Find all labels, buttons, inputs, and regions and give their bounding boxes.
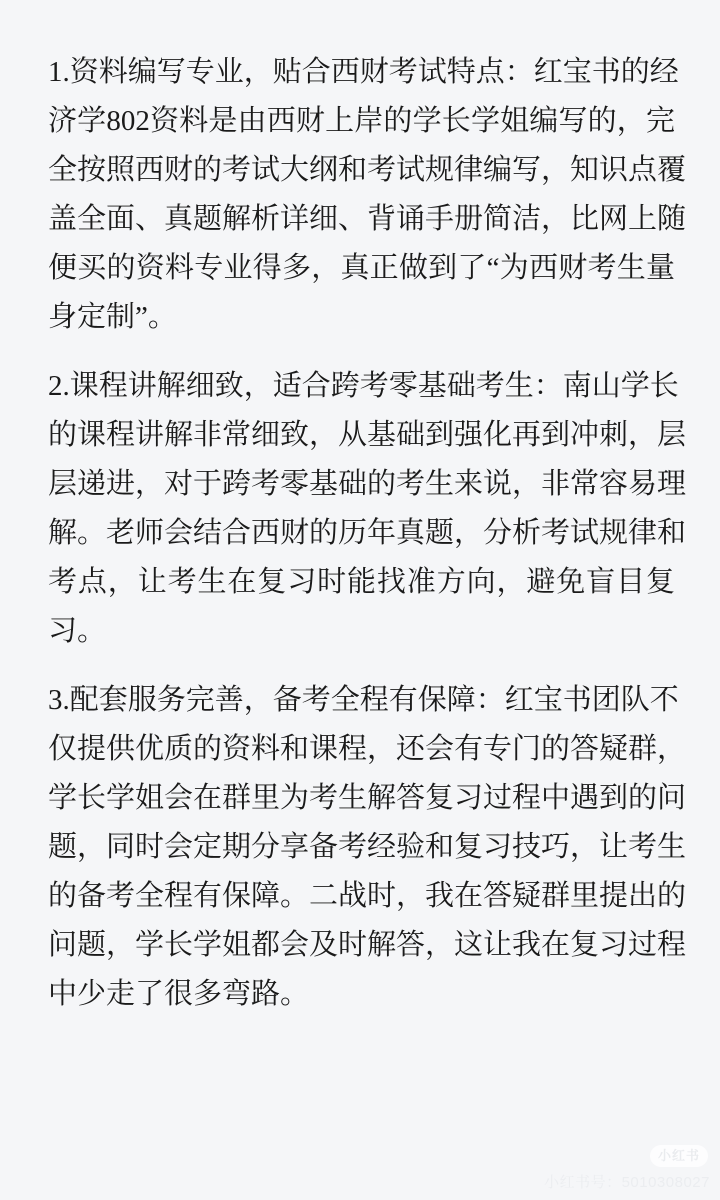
paragraph-3: 3.配套服务完善，备考全程有保障：红宝书团队不 仅提供优质的资料和课程，还会有专…: [48, 676, 675, 1019]
text-line: 的课程讲解非常细致，从基础到强化再到冲刺，层: [48, 411, 675, 460]
paragraph-1: 1.资料编写专业，贴合西财考试特点：红宝书的经 济学802资料是由西财上岸的学长…: [48, 48, 675, 342]
text-line: 习。: [48, 607, 675, 656]
xiaohongshu-logo-badge: 小红书: [650, 1145, 708, 1167]
text-line: 2.课程讲解细致，适合跨考零基础考生：南山学长: [48, 362, 675, 411]
paragraph-2: 2.课程讲解细致，适合跨考零基础考生：南山学长 的课程讲解非常细致，从基础到强化…: [48, 362, 675, 656]
text-line: 仅提供优质的资料和课程，还会有专门的答疑群，: [48, 725, 675, 774]
text-line: 中少走了很多弯路。: [48, 970, 675, 1019]
text-line: 问题，学长学姐都会及时解答，这让我在复习过程: [48, 921, 675, 970]
text-line: 身定制”。: [48, 293, 675, 342]
text-line: 便买的资料专业得多，真正做到了“为西财考生量: [48, 244, 675, 293]
text-line: 的备考全程有保障。二战时，我在答疑群里提出的: [48, 872, 675, 921]
page: 1.资料编写专业，贴合西财考试特点：红宝书的经 济学802资料是由西财上岸的学长…: [0, 0, 720, 1200]
text-line: 1.资料编写专业，贴合西财考试特点：红宝书的经: [48, 48, 675, 97]
text-line: 解。老师会结合西财的历年真题，分析考试规律和: [48, 509, 675, 558]
text-line: 全按照西财的考试大纲和考试规律编写，知识点覆: [48, 146, 675, 195]
text-line: 学长学姐会在群里为考生解答复习过程中遇到的问: [48, 774, 675, 823]
xiaohongshu-watermark: 小红书 小红书号：5010308027: [544, 1145, 710, 1192]
text-line: 3.配套服务完善，备考全程有保障：红宝书团队不: [48, 676, 675, 725]
text-line: 题，同时会定期分享备考经验和复习技巧，让考生: [48, 823, 675, 872]
text-line: 济学802资料是由西财上岸的学长学姐编写的，完: [48, 97, 675, 146]
xiaohongshu-id-text: 小红书号：5010308027: [544, 1171, 710, 1192]
text-line: 层递进，对于跨考零基础的考生来说，非常容易理: [48, 460, 675, 509]
note-text-content: 1.资料编写专业，贴合西财考试特点：红宝书的经 济学802资料是由西财上岸的学长…: [48, 48, 675, 1039]
text-line: 考点，让考生在复习时能找准方向，避免盲目复: [48, 558, 675, 607]
text-line: 盖全面、真题解析详细、背诵手册简洁，比网上随: [48, 195, 675, 244]
